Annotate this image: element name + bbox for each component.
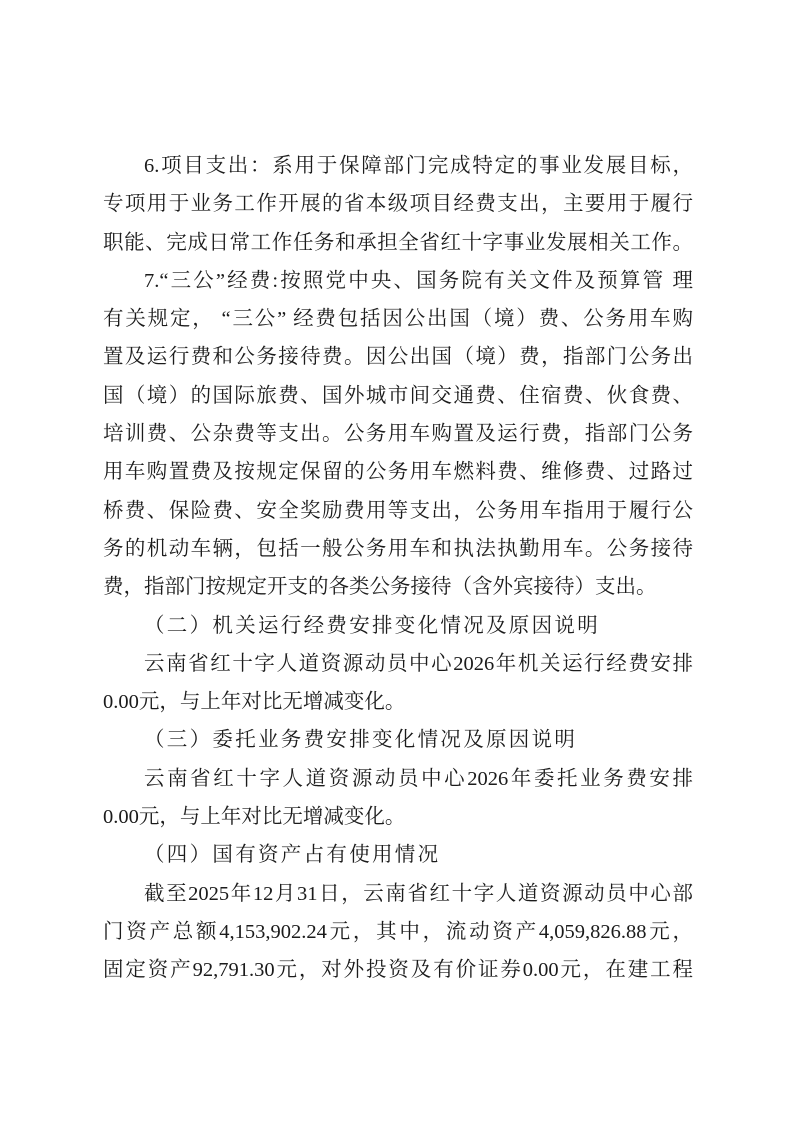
paragraph-line: 0.00元，与上年对比无增减变化。 (103, 683, 693, 721)
paragraph-line: 门资产总额4,153,902.24元，其中，流动资产4,059,826.88元， (103, 913, 693, 951)
paragraph-line: 培训费、公杂费等支出。公务用车购置及运行费，指部门公务 (103, 415, 693, 453)
paragraph-line: 固定资产92,791.30元，对外投资及有价证券0.00元，在建工程 (103, 951, 693, 989)
paragraph-line: 费，指部门按规定开支的各类公务接待（含外宾接待）支出。 (103, 568, 693, 606)
paragraph-line: 用车购置费及按规定保留的公务用车燃料费、维修费、过路过 (103, 453, 693, 491)
document-body: 6.项目支出：系用于保障部门完成特定的事业发展目标， 专项用于业务工作开展的省本… (103, 147, 693, 990)
paragraph-line: 有关规定， “三公” 经费包括因公出国（境）费、公务用车购 (103, 300, 693, 338)
paragraph-line: 6.项目支出：系用于保障部门完成特定的事业发展目标， (103, 147, 693, 185)
paragraph-line: 云南省红十字人道资源动员中心2026年机关运行经费安排 (103, 645, 693, 683)
paragraph-line: 云南省红十字人道资源动员中心2026年委托业务费安排 (103, 760, 693, 798)
paragraph-line: 置及运行费和公务接待费。因公出国（境）费，指部门公务出 (103, 338, 693, 376)
paragraph-line: 0.00元，与上年对比无增减变化。 (103, 798, 693, 836)
paragraph-line: 专项用于业务工作开展的省本级项目经费支出，主要用于履行 (103, 185, 693, 223)
paragraph-line: 职能、完成日常工作任务和承担全省红十字事业发展相关工作。 (103, 224, 693, 262)
paragraph-line: 桥费、保险费、安全奖励费用等支出，公务用车指用于履行公 (103, 492, 693, 530)
paragraph-line: 7.“三公”经费:按照党中央、国务院有关文件及预算管 理 (103, 262, 693, 300)
document-page: 6.项目支出：系用于保障部门完成特定的事业发展目标， 专项用于业务工作开展的省本… (0, 0, 793, 1122)
heading-section-4: （四）国有资产占有使用情况 (103, 836, 693, 874)
heading-section-3: （三）委托业务费安排变化情况及原因说明 (103, 721, 693, 759)
paragraph-line: 国（境）的国际旅费、国外城市间交通费、住宿费、伙食费、 (103, 377, 693, 415)
paragraph-line: 务的机动车辆，包括一般公务用车和执法执勤用车。公务接待 (103, 530, 693, 568)
heading-section-2: （二）机关运行经费安排变化情况及原因说明 (103, 607, 693, 645)
paragraph-line: 截至2025年12月31日，云南省红十字人道资源动员中心部 (103, 875, 693, 913)
